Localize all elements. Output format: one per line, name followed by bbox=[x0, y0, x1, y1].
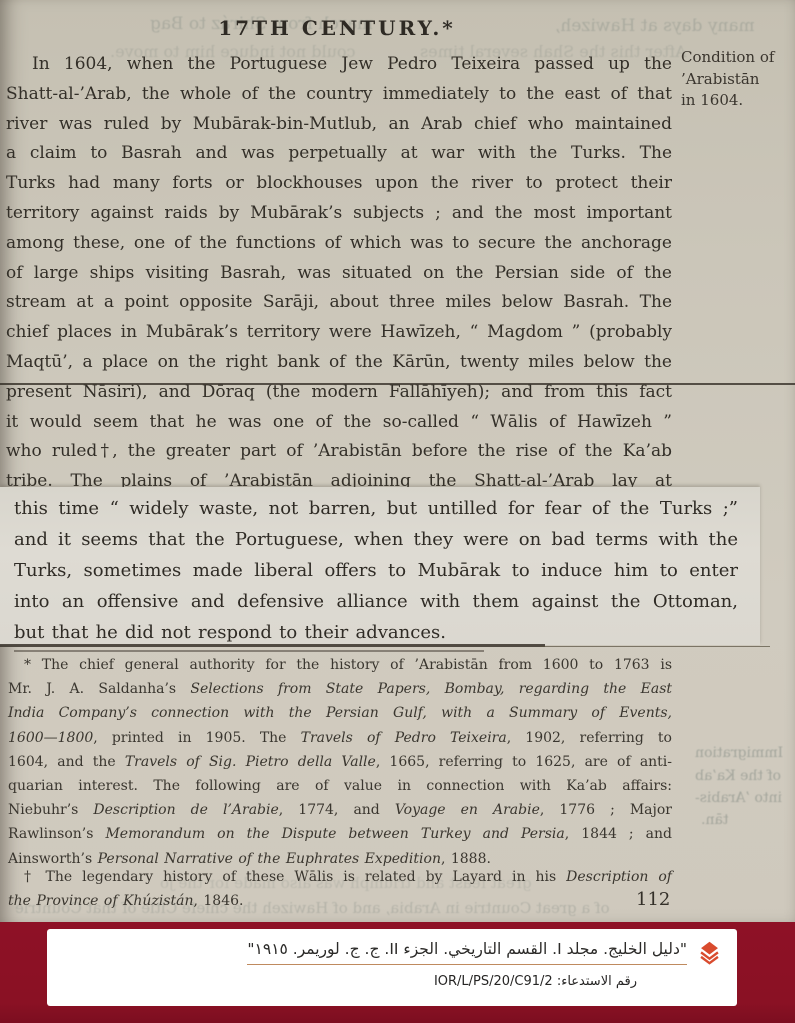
call-number-label: رقم الاستدعاء: bbox=[557, 974, 637, 989]
body-line: chief places in Mubārak’s territory were… bbox=[6, 318, 672, 348]
footnote-line: India Company’s connection with the Pers… bbox=[8, 701, 672, 725]
source-title-link[interactable]: "دليل الخليج. مجلد I. القسم التاريخي. ال… bbox=[247, 939, 687, 965]
footnote-line: Niebuhr’s Description de l’Arabie, 1774,… bbox=[8, 798, 672, 822]
margin-note-line: Condition of bbox=[681, 47, 793, 69]
qdl-diamond-logo-icon[interactable] bbox=[696, 940, 723, 967]
bleedthrough-text: Immigration bbox=[695, 745, 783, 761]
body-line: river was ruled by Mubārak-bin-Mutlub, a… bbox=[6, 110, 672, 140]
page-heading: 17TH CENTURY.* bbox=[0, 16, 674, 40]
footnote-line: 1604, and the Travels of Sig. Pietro del… bbox=[8, 750, 672, 774]
body-line: of large ships visiting Basrah, was situ… bbox=[6, 259, 672, 289]
body-line: it would seem that he was one of the so-… bbox=[6, 408, 672, 438]
call-number-line: رقم الاستدعاء: IOR/L/PS/20/C91/2 bbox=[47, 967, 737, 989]
margin-note-line: ’Arabistān bbox=[681, 69, 793, 91]
citation-card: "دليل الخليج. مجلد I. القسم التاريخي. ال… bbox=[47, 929, 737, 1006]
footnote-line: † The legendary history of these Wālis i… bbox=[8, 866, 672, 890]
slip-edge-line bbox=[0, 644, 545, 647]
footnote-line: Mr. J. A. Saldanha’s Selections from Sta… bbox=[8, 677, 672, 701]
margin-note-line: in 1604. bbox=[681, 90, 793, 112]
body-line: among these, one of the functions of whi… bbox=[6, 229, 672, 259]
footnote-line: quarian interest. The following are of v… bbox=[8, 774, 672, 798]
slip-edge-line bbox=[540, 646, 770, 647]
slip-line: Turks, sometimes made liberal offers to … bbox=[14, 555, 738, 586]
bleedthrough-text: of the Ka’ab bbox=[695, 768, 781, 784]
call-number: IOR/L/PS/20/C91/2 bbox=[434, 974, 553, 989]
footnote-line: 1600—1800, printed in 1905. The Travels … bbox=[8, 726, 672, 750]
body-paragraph: In 1604, when the Portuguese Jew Pedro T… bbox=[6, 50, 672, 497]
archive-footer-band: "دليل الخليج. مجلد I. القسم التاريخي. ال… bbox=[0, 922, 795, 1023]
footnote-line: Rawlinson’s Memorandum on the Dispute be… bbox=[8, 822, 672, 846]
body-line: stream at a point opposite Sarāji, about… bbox=[6, 288, 672, 318]
margin-note: Condition of’Arabistānin 1604. bbox=[681, 47, 793, 112]
body-line: Maqtū’, a place on the right bank of the… bbox=[6, 348, 672, 378]
bleedthrough-text: into ’Arabis- bbox=[695, 790, 782, 806]
body-line: territory against raids by Mubārak’s sub… bbox=[6, 199, 672, 229]
body-line: who ruled†, the greater part of ’Arabist… bbox=[6, 437, 672, 467]
body-line: In 1604, when the Portuguese Jew Pedro T… bbox=[6, 50, 672, 80]
footnotes: * The chief general authority for the hi… bbox=[8, 653, 672, 871]
footnote-dagger: † The legendary history of these Wālis i… bbox=[8, 866, 672, 913]
pasted-slip: this time “ widely waste, not barren, bu… bbox=[0, 487, 760, 645]
footnote-line: the Province of Khúzistán, 1846. bbox=[8, 890, 672, 914]
body-line: Turks had many forts or blockhouses upon… bbox=[6, 169, 672, 199]
slip-edge-line bbox=[14, 650, 484, 652]
document-viewer-snapshot: march from Shiráz to Bagmany days at Haw… bbox=[0, 0, 795, 1023]
footnote-line: * The chief general authority for the hi… bbox=[8, 653, 672, 677]
scanned-page: march from Shiráz to Bagmany days at Haw… bbox=[0, 0, 795, 922]
bleedthrough-text: tān. bbox=[701, 812, 728, 828]
slip-line: and it seems that the Portuguese, when t… bbox=[14, 524, 738, 555]
body-line: a claim to Basrah and was perpetually at… bbox=[6, 139, 672, 169]
slip-line: this time “ widely waste, not barren, bu… bbox=[14, 493, 738, 524]
crease-line bbox=[0, 383, 795, 385]
body-line: Shatt-al-’Arab, the whole of the country… bbox=[6, 80, 672, 110]
slip-line: into an offensive and defensive alliance… bbox=[14, 586, 738, 617]
page-number: 112 bbox=[636, 889, 670, 910]
